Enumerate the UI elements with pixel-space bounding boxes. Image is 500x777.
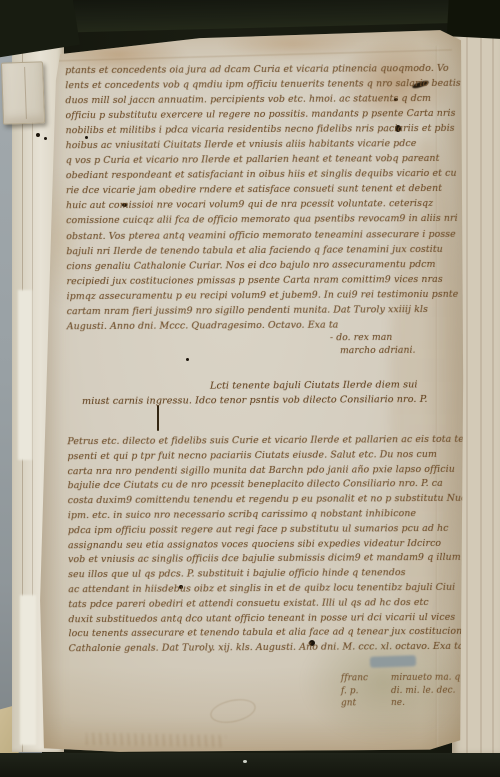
manuscript-line: f. p. bbox=[341, 685, 387, 698]
dust-speck bbox=[243, 760, 247, 763]
manuscript-line: cartam nram fieri jussim9 nro sigillo pe… bbox=[67, 302, 463, 319]
manuscript-line: ne. bbox=[391, 697, 460, 710]
ink-blot bbox=[36, 133, 40, 137]
parchment-index-tab bbox=[1, 61, 45, 124]
manuscript-line: miust carnis ingressu. Idco tenor psntis… bbox=[82, 392, 428, 409]
manuscript-line: - do. rex man bbox=[330, 331, 416, 345]
entry-2-text: Petrus etc. dilecto et fidelibs suis Cur… bbox=[67, 433, 464, 657]
fore-edge-crease bbox=[466, 30, 468, 754]
manuscript-photo: ptants et concedents oia jura ad dcam Cu… bbox=[0, 0, 500, 777]
binding-top-right bbox=[447, 0, 500, 40]
binding-bottom bbox=[0, 753, 500, 777]
fore-edge-crease bbox=[480, 30, 482, 754]
tab-fold-line bbox=[24, 67, 27, 120]
manuscript-line: comissione cuicqz alii fca de officio me… bbox=[66, 211, 462, 228]
folio-edge-highlight bbox=[20, 595, 36, 745]
fore-edge-crease bbox=[492, 30, 494, 754]
ink-blot bbox=[186, 358, 189, 361]
manuscript-line: miraueto ma. q bbox=[391, 672, 460, 685]
ink-blot bbox=[44, 137, 47, 140]
manuscript-line: marcho adriani. bbox=[330, 344, 416, 358]
ink-stroke bbox=[157, 405, 159, 431]
parchment-page: ptants et concedents oia jura ad dcam Cu… bbox=[38, 28, 464, 754]
folio-edge-highlight bbox=[18, 290, 32, 460]
filing-note: ffranc miraueto ma. q f. p. di. mi. le. … bbox=[341, 672, 461, 711]
manuscript-line: ffranc bbox=[341, 672, 387, 685]
binding-top-left bbox=[0, 0, 80, 59]
registration-note: - do. rex man marcho adriani. bbox=[330, 331, 416, 358]
ink-showthrough bbox=[86, 733, 226, 747]
entry-1-text: ptants et concedents oia jura ad dcam Cu… bbox=[65, 61, 463, 334]
manuscript-line: gnt bbox=[341, 697, 387, 710]
grey-overpaint-patch bbox=[370, 655, 416, 668]
manuscript-line: di. mi. le. dec. bbox=[391, 684, 460, 697]
entry-2-heading-continued: miust carnis ingressu. Idco tenor psntis… bbox=[82, 392, 428, 409]
